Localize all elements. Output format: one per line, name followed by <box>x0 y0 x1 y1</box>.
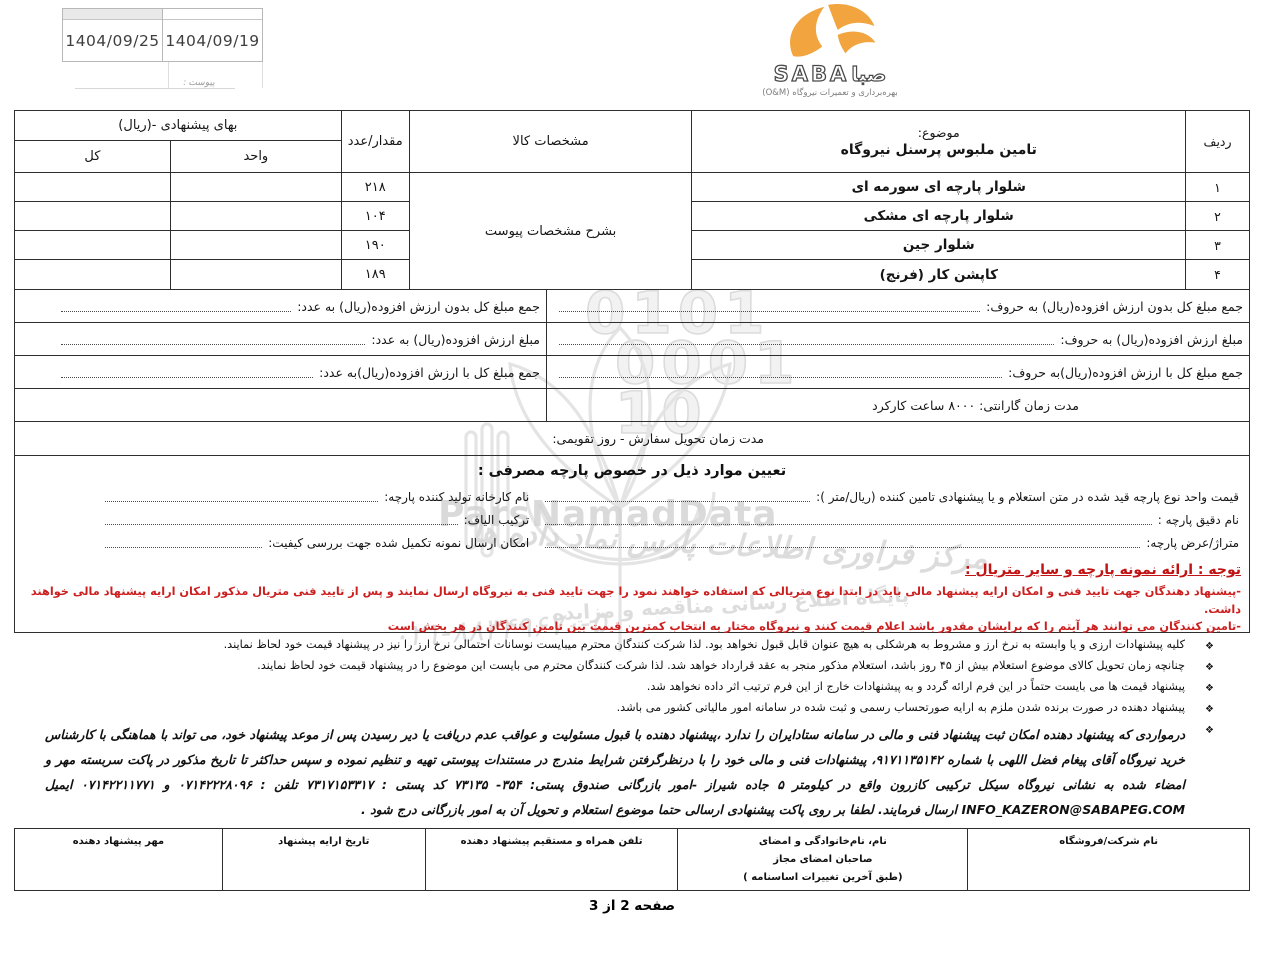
fabric-section: تعیین موارد ذیل در خصوص پارچه مصرفی : قی… <box>14 455 1250 633</box>
total-with-vat-figures-label: جمع مبلغ کل با ارزش افزوده(ریال)به عدد: <box>319 365 540 380</box>
diamond-bullet-icon: ❖ <box>1205 725 1214 822</box>
date-value-1: 1404/09/25 <box>63 20 162 61</box>
unit-price-blank <box>170 202 341 231</box>
col-header-unit-price: واحد <box>170 141 341 173</box>
vat-amount-row: مبلغ ارزش افزوده(ریال) به حروف: مبلغ ارز… <box>15 323 1249 356</box>
authorized-signers-cell: نام، نام‌خانوادگی و امضای صاحبان امضای م… <box>678 829 968 891</box>
item-qty: ۱۸۹ <box>341 260 409 290</box>
contact-email: INFO_KAZERON@SABAPEG.COM <box>962 802 1186 817</box>
saba-flame-icon <box>770 2 890 60</box>
diamond-bullet-icon: ❖ <box>1205 683 1214 694</box>
list-item: ❖ پیشنهاد قیمت ها می بایست حتماً در این … <box>14 680 1250 701</box>
fabric-fields: قیمت واحد نوع پارچه قید شده در متن استعل… <box>15 485 1249 554</box>
subject-label: موضوع: <box>695 125 1182 140</box>
items-table: ردیف موضوع: تامین ملبوس پرسنل نیروگاه مش… <box>14 110 1250 290</box>
attention-line: -پیشنهاد دهندگان جهت تایید فنی و امکان ا… <box>15 583 1249 618</box>
divider <box>75 88 235 89</box>
row-no: ۳ <box>1186 231 1250 260</box>
attachment-note: پیوست : <box>182 78 216 88</box>
item-qty: ۱۹۰ <box>341 231 409 260</box>
fabric-unit-price-label: قیمت واحد نوع پارچه قید شده در متن استعل… <box>816 490 1239 504</box>
delivery-time-label: مدت زمان تحویل سفارش - روز تقویمی: <box>552 431 764 446</box>
list-item: ❖ پیشنهاد دهنده در صورت برنده شدن ملزم ب… <box>14 701 1250 722</box>
date-cell-1: 1404/09/25 <box>63 9 163 61</box>
dotted-blank <box>105 524 458 525</box>
total-in-words-label: جمع مبلغ کل بدون ارزش افزوده(ریال) به حر… <box>986 299 1243 314</box>
phone-cell: تلفن همراه و مستقیم پیشنهاد دهنده <box>425 829 678 891</box>
fabric-sample-label: امکان ارسال نمونه تکمیل شده جهت بررسی کی… <box>268 536 529 550</box>
condition-text: پیشنهاد قیمت ها می بایست حتماً در این فر… <box>647 680 1185 693</box>
dotted-blank <box>105 547 262 548</box>
date-value-2: 1404/09/19 <box>163 20 262 61</box>
vat-in-words-label: مبلغ ارزش افزوده(ریال) به حروف: <box>1060 332 1243 347</box>
col-header-specs: مشخصات کالا <box>409 111 692 173</box>
date-stamp-table: 1404/09/25 1404/09/19 <box>62 8 263 62</box>
saba-tagline: بهره‌برداری و تعمیرات نیروگاه (O&M) <box>742 88 918 98</box>
notice-part2: ارسال فرمایند. لطفا بر روی پاکت پیشنهادی… <box>361 802 961 817</box>
divider <box>168 62 169 88</box>
col-header-row-no: ردیف <box>1186 111 1250 173</box>
item-name: شلوار پارچه ای مشکی <box>692 202 1186 231</box>
submission-notice: ❖ درمواردی که پیشنهاد دهنده امکان ثبت پی… <box>14 722 1250 822</box>
vat-in-words-cell: مبلغ ارزش افزوده(ریال) به حروف: <box>546 323 1249 355</box>
submission-notice-text: درمواردی که پیشنهاد دهنده امکان ثبت پیشن… <box>45 722 1185 822</box>
empty-cell <box>15 389 546 421</box>
saba-wordmark-latin: SABA <box>774 62 850 86</box>
condition-text: پیشنهاد دهنده در صورت برنده شدن ملزم به … <box>617 701 1185 714</box>
total-price-blank <box>15 202 171 231</box>
conditions-list: ❖ کلیه پیشنهادات ارزی و یا وابسته به نرخ… <box>14 638 1250 722</box>
diamond-bullet-icon: ❖ <box>1205 704 1214 715</box>
stamp-cell: مهر پیشنهاد دهنده <box>15 829 223 891</box>
total-row-with-vat: جمع مبلغ کل با ارزش افزوده(ریال)به حروف:… <box>15 356 1249 389</box>
signers-line2: صاحبان امضای مجاز <box>678 851 967 869</box>
warranty-label: مدت زمان گارانتی: ۸۰۰۰ ساعت کارکرد <box>872 398 1079 413</box>
vat-in-figures-label: مبلغ ارزش افزوده(ریال) به عدد: <box>371 332 540 347</box>
fabric-field-row: ترکیب الیاف: <box>99 508 529 531</box>
dotted-blank <box>61 311 291 312</box>
total-in-figures-cell: جمع مبلغ کل بدون ارزش افزوده(ریال) به عد… <box>15 290 546 322</box>
dotted-blank <box>545 501 810 502</box>
total-with-vat-figures-cell: جمع مبلغ کل با ارزش افزوده(ریال)به عدد: <box>15 356 546 388</box>
dotted-blank <box>105 501 378 502</box>
col-header-total-price: کل <box>15 141 171 173</box>
attention-heading: توجه : ارائه نمونه پارچه و سایر متریال : <box>15 562 1241 578</box>
date-cell-2: 1404/09/19 <box>163 9 262 61</box>
item-qty: ۲۱۸ <box>341 173 409 202</box>
fabric-fields-right-column: قیمت واحد نوع پارچه قید شده در متن استعل… <box>533 485 1249 554</box>
vat-in-figures-cell: مبلغ ارزش افزوده(ریال) به عدد: <box>15 323 546 355</box>
document-page: 0101 0001 10 ParsNamadData مرکز فراوری ا… <box>0 0 1264 968</box>
divider <box>262 62 263 88</box>
dotted-blank <box>545 547 1140 548</box>
unit-price-blank <box>170 260 341 290</box>
proposal-date-cell: تاریخ ارایه پیشنهاد <box>222 829 425 891</box>
col-header-qty: مقدار/عدد <box>341 111 409 173</box>
warranty-row: مدت زمان گارانتی: ۸۰۰۰ ساعت کارکرد <box>15 389 1249 422</box>
condition-text: کلیه پیشنهادات ارزی و یا وابسته به نرخ ا… <box>224 638 1185 651</box>
total-with-vat-words-label: جمع مبلغ کل با ارزش افزوده(ریال)به حروف: <box>1008 365 1243 380</box>
attention-line: -تامین کنندگان می توانند هر آیتم را که ب… <box>15 618 1249 636</box>
row-no: ۴ <box>1186 260 1250 290</box>
item-qty: ۱۰۴ <box>341 202 409 231</box>
page-number: صفحه 2 از 3 <box>0 898 1264 914</box>
item-name: شلوار جین <box>692 231 1186 260</box>
totals-section: جمع مبلغ کل بدون ارزش افزوده(ریال) به حر… <box>14 290 1250 455</box>
unit-price-blank <box>170 231 341 260</box>
diamond-bullet-icon: ❖ <box>1205 641 1214 652</box>
warranty-cell: مدت زمان گارانتی: ۸۰۰۰ ساعت کارکرد <box>546 389 1249 421</box>
fabric-width-label: متراژ/عرض پارچه: <box>1146 536 1239 550</box>
company-name-cell: نام شرکت/فروشگاه <box>968 829 1250 891</box>
total-in-words-cell: جمع مبلغ کل بدون ارزش افزوده(ریال) به حر… <box>546 290 1249 322</box>
list-item: ❖ کلیه پیشنهادات ارزی و یا وابسته به نرخ… <box>14 638 1250 659</box>
date-cell-header-strip <box>63 9 162 20</box>
fabric-fields-left-column: نام کارخانه تولید کننده پارچه: ترکیب الی… <box>15 485 533 554</box>
row-no: ۱ <box>1186 173 1250 202</box>
dotted-blank <box>559 344 1054 345</box>
fabric-section-title: تعیین موارد ذیل در خصوص پارچه مصرفی : <box>15 463 1249 479</box>
saba-wordmark-farsi: صبا <box>851 62 886 86</box>
fabric-field-row: نام دقیق پارچه : <box>539 508 1239 531</box>
total-row-without-vat: جمع مبلغ کل بدون ارزش افزوده(ریال) به حر… <box>15 290 1249 323</box>
total-in-figures-label: جمع مبلغ کل بدون ارزش افزوده(ریال) به عد… <box>297 299 540 314</box>
saba-wordmark: SABA صبا <box>742 62 918 86</box>
unit-price-blank <box>170 173 341 202</box>
total-price-blank <box>15 173 171 202</box>
col-header-subject: موضوع: تامین ملبوس پرسنل نیروگاه <box>692 111 1186 173</box>
row-no: ۲ <box>1186 202 1250 231</box>
signature-table: نام شرکت/فروشگاه نام، نام‌خانوادگی و امض… <box>14 828 1250 891</box>
condition-text: چنانچه زمان تحویل کالای موضوع استعلام بی… <box>257 659 1185 672</box>
item-name: کاپشن کار (فرنج) <box>692 260 1186 290</box>
col-header-price-group: بهای پیشنهادی -(ریال) <box>15 111 342 141</box>
fabric-factory-label: نام کارخانه تولید کننده پارچه: <box>384 490 529 504</box>
table-row: ۱ شلوار پارچه ای سورمه ای بشرح مشخصات پی… <box>15 173 1250 202</box>
fabric-fiber-label: ترکیب الیاف: <box>464 513 530 527</box>
saba-logo: SABA صبا بهره‌برداری و تعمیرات نیروگاه (… <box>742 2 918 98</box>
dotted-blank <box>559 377 1002 378</box>
date-cell-header-strip <box>163 9 262 20</box>
total-price-blank <box>15 260 171 290</box>
fabric-field-row: قیمت واحد نوع پارچه قید شده در متن استعل… <box>539 485 1239 508</box>
diamond-bullet-icon: ❖ <box>1205 662 1214 673</box>
list-item: ❖ چنانچه زمان تحویل کالای موضوع استعلام … <box>14 659 1250 680</box>
dotted-blank <box>61 377 313 378</box>
signers-line3: (طبق آخرین تغییرات اساسنامه ) <box>678 869 967 887</box>
dotted-blank <box>545 524 1151 525</box>
fabric-exact-name-label: نام دقیق پارچه : <box>1158 513 1239 527</box>
item-name: شلوار پارچه ای سورمه ای <box>692 173 1186 202</box>
subject-title: تامین ملبوس پرسنل نیروگاه <box>695 142 1182 158</box>
fabric-field-row: نام کارخانه تولید کننده پارچه: <box>99 485 529 508</box>
signers-line1: نام، نام‌خانوادگی و امضای <box>678 833 967 851</box>
fabric-field-row: متراژ/عرض پارچه: <box>539 531 1239 554</box>
dotted-blank <box>61 344 365 345</box>
total-with-vat-words-cell: جمع مبلغ کل با ارزش افزوده(ریال)به حروف: <box>546 356 1249 388</box>
fabric-field-row: امکان ارسال نمونه تکمیل شده جهت بررسی کی… <box>99 531 529 554</box>
delivery-time-cell: مدت زمان تحویل سفارش - روز تقویمی: <box>15 431 1249 446</box>
dotted-blank <box>559 311 980 312</box>
delivery-time-row: مدت زمان تحویل سفارش - روز تقویمی: <box>15 422 1249 455</box>
specs-note: بشرح مشخصات پیوست <box>409 173 692 290</box>
total-price-blank <box>15 231 171 260</box>
notice-part1: درمواردی که پیشنهاد دهنده امکان ثبت پیشن… <box>45 727 1185 792</box>
attention-lines: -پیشنهاد دهندگان جهت تایید فنی و امکان ا… <box>15 583 1249 636</box>
